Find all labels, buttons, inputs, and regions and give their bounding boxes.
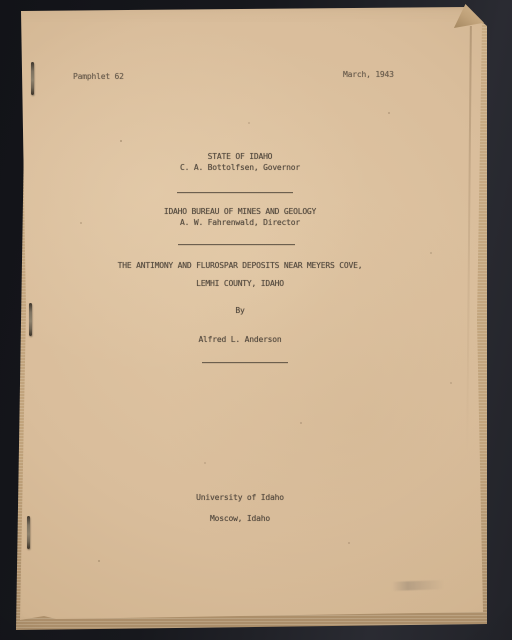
title-line-2: LEMHI COUNTY, IDAHO [0, 279, 480, 289]
author-name: Alfred L. Anderson [0, 335, 480, 345]
state-heading: STATE OF IDAHO [0, 152, 480, 162]
bureau-heading: IDAHO BUREAU OF MINES AND GEOLOGY [0, 207, 480, 217]
publisher-city: Moscow, Idaho [0, 514, 480, 524]
staple-bottom [27, 516, 30, 549]
title-line-1: THE ANTIMONY AND FLUROSPAR DEPOSITS NEAR… [0, 261, 480, 271]
governor-line: C. A. Bottolfsen, Governor [0, 163, 480, 173]
divider-rule-3 [202, 362, 288, 363]
staple-middle [29, 303, 32, 336]
pamphlet-number: Pamphlet 62 [73, 72, 124, 82]
divider-rule-2 [178, 244, 295, 245]
publisher-name: University of Idaho [0, 493, 480, 503]
paper-sheet: Pamphlet 62 March, 1943 STATE OF IDAHO C… [0, 0, 512, 640]
pencil-smudge [392, 580, 444, 591]
divider-rule-1 [177, 192, 293, 193]
paper-edge-shading [0, 0, 512, 640]
publication-date: March, 1943 [343, 70, 394, 80]
director-line: A. W. Fahrenwald, Director [0, 218, 480, 228]
byline: By [0, 306, 480, 316]
photo-background: Pamphlet 62 March, 1943 STATE OF IDAHO C… [0, 0, 512, 640]
paper-speckles [120, 140, 122, 142]
staple-top [31, 62, 34, 95]
